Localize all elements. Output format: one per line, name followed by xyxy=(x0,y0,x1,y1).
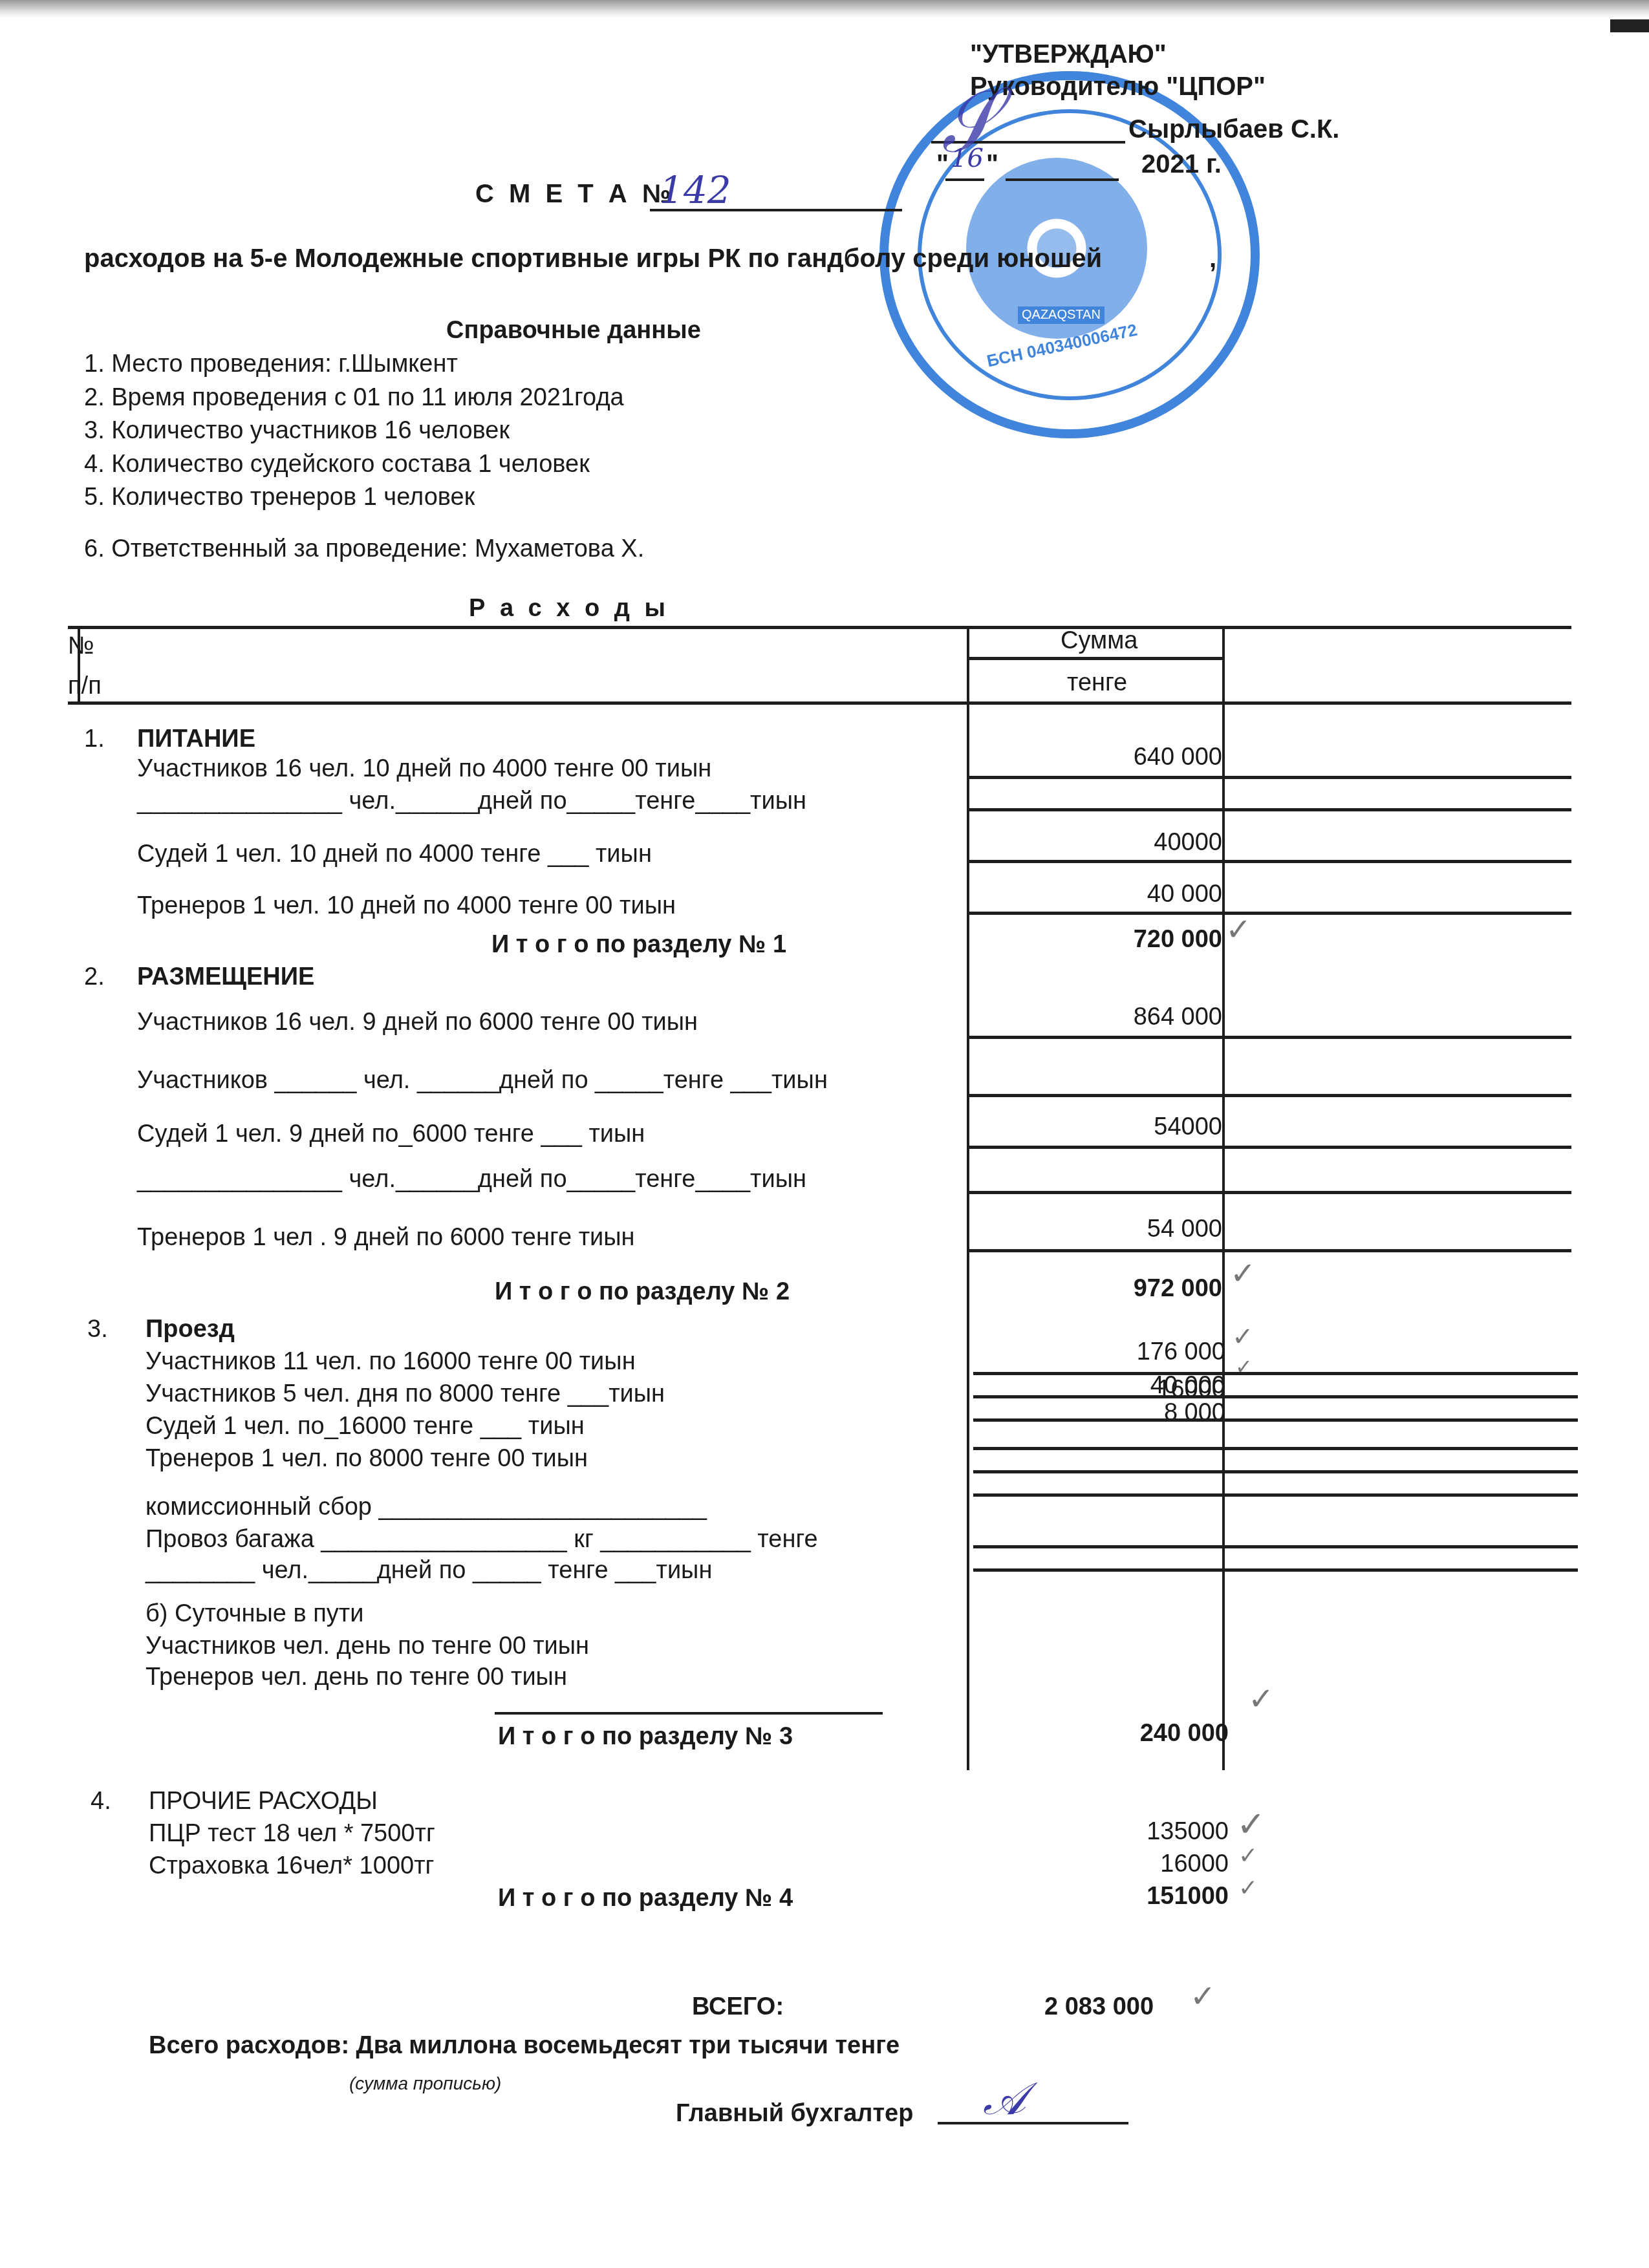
col-no-top: № xyxy=(68,632,94,660)
section-total-label: И т о г о по разделу № 1 xyxy=(491,931,786,959)
expense-row: Судей 1 чел. 10 дней по 4000 тенге ___ т… xyxy=(137,840,652,868)
expense-amount: 40 000 xyxy=(976,881,1222,908)
date-day-line xyxy=(945,178,984,181)
expense-row: б) Суточные в пути xyxy=(145,1600,363,1628)
expense-row: Участников ______ чел. ______дней по ___… xyxy=(137,1067,828,1095)
col-no-bottom: п/п xyxy=(68,672,102,700)
expenses-heading: Р а с х о д ы xyxy=(469,595,669,623)
row-border xyxy=(973,1418,1578,1422)
expense-row: Судей 1 чел. 9 дней по_6000 тенге ___ ти… xyxy=(137,1120,645,1148)
accountant-signature: 𝒜 xyxy=(983,2072,1026,2126)
row-border xyxy=(973,1395,1578,1398)
section-total-label: И т о г о по разделу № 2 xyxy=(495,1278,790,1306)
expense-amount: 864 000 xyxy=(976,1003,1222,1031)
expense-row: Тренеров 1 чел . 9 дней по 6000 тенге ти… xyxy=(137,1224,635,1252)
expense-row: Провоз багажа __________________ кг ____… xyxy=(145,1526,818,1554)
expense-amount: 54000 xyxy=(976,1113,1222,1141)
row-border xyxy=(973,1372,1578,1375)
scan-edge xyxy=(0,0,1649,18)
approval-year: 2021 г. xyxy=(1141,150,1222,179)
scan-edge-mark xyxy=(1610,19,1649,32)
row-border xyxy=(967,1094,1571,1097)
row-border xyxy=(973,1545,1578,1548)
expense-amount: 135000 xyxy=(983,1818,1229,1846)
row-border xyxy=(973,1568,1578,1572)
row-border xyxy=(967,860,1571,863)
expense-row: Тренеров 1 чел. по 8000 тенге 00 тиын xyxy=(145,1445,588,1473)
expense-row: ПЦР тест 18 чел * 7500тг xyxy=(149,1820,435,1848)
section-title: ПРОЧИЕ РАСХОДЫ xyxy=(149,1788,378,1815)
section-title: ПИТАНИЕ xyxy=(137,725,255,753)
date-month-line xyxy=(1006,178,1119,181)
row-border xyxy=(973,1470,1578,1473)
approval-name: Сырлыбаев С.К. xyxy=(1128,115,1339,144)
expense-row: Страховка 16чел* 1000тг xyxy=(149,1852,434,1880)
section-total: 151000 xyxy=(983,1883,1229,1910)
section-3-total-line xyxy=(495,1712,883,1715)
section-title: РАЗМЕЩЕНИЕ xyxy=(137,963,314,991)
checkmark-icon: ✓ xyxy=(1232,1322,1254,1352)
row-border xyxy=(967,1146,1571,1149)
checkmark-icon: ✓ xyxy=(1190,1978,1216,2015)
checkmark-icon: ✓ xyxy=(1225,912,1251,948)
row-border xyxy=(967,912,1571,915)
reference-heading: Справочные данные xyxy=(446,317,701,345)
expense-row: Участников чел. день по тенге 00 тиын xyxy=(145,1632,589,1660)
checkmark-icon: ✓ xyxy=(1235,1354,1253,1379)
col-divider xyxy=(1222,626,1225,1770)
section-number: 4. xyxy=(91,1788,111,1815)
section-number: 1. xyxy=(84,725,105,753)
section-number: 3. xyxy=(87,1316,108,1343)
reference-item: 5. Количество тренеров 1 человек xyxy=(84,484,475,511)
grand-total-value: 2 083 000 xyxy=(1044,1993,1154,2021)
section-title: Проезд xyxy=(145,1316,235,1343)
expense-row: Участников 16 чел. 9 дней по 6000 тенге … xyxy=(137,1009,698,1036)
section-total-label: И т о г о по разделу № 4 xyxy=(498,1885,793,1912)
expense-row: ________ чел._____дней по _____ тенге __… xyxy=(145,1557,712,1585)
checkmark-icon: ✓ xyxy=(1238,1875,1258,1901)
section-total-label: И т о г о по разделу № 3 xyxy=(498,1723,793,1751)
row-border xyxy=(967,1191,1571,1194)
section-total: 240 000 xyxy=(983,1720,1229,1748)
sum-header-divider xyxy=(967,657,1222,660)
approval-position: Руководителю "ЦПОР" xyxy=(970,72,1266,102)
expense-row: Участников 5 чел. дня по 8000 тенге ___т… xyxy=(145,1380,665,1408)
col-sum-top: Сумма xyxy=(1061,627,1137,655)
expense-amount: 16000 xyxy=(983,1850,1229,1878)
accountant-label: Главный бухгалтер xyxy=(676,2100,913,2128)
reference-item: 6. Ответственный за проведение: Мухамето… xyxy=(84,535,644,563)
grand-total-label: ВСЕГО: xyxy=(692,1993,784,2021)
expense-row: Участников 16 чел. 10 дней по 4000 тенге… xyxy=(137,755,711,783)
row-border xyxy=(973,1447,1578,1450)
checkmark-icon: ✓ xyxy=(1236,1804,1266,1845)
col-sum-bottom: тенге xyxy=(1067,669,1127,697)
expense-row: Судей 1 чел. по_16000 тенге ___ тиын xyxy=(145,1413,585,1440)
approval-title: "УТВЕРЖДАЮ" xyxy=(970,40,1167,69)
expense-amount: 8 000 xyxy=(980,1399,1225,1427)
table-header-bottom-border xyxy=(68,701,1571,705)
estimate-number-line xyxy=(650,209,902,211)
row-border xyxy=(967,1249,1571,1252)
row-border xyxy=(967,808,1571,811)
section-number: 2. xyxy=(84,963,105,991)
expense-row: _______________ чел.______дней по_____те… xyxy=(137,787,806,815)
checkmark-icon: ✓ xyxy=(1248,1681,1274,1717)
section-total: 972 000 xyxy=(976,1275,1222,1303)
accountant-signature-line xyxy=(938,2122,1128,2124)
section-total: 720 000 xyxy=(976,926,1222,954)
expense-amount: 176 000 xyxy=(980,1338,1225,1366)
estimate-title: С М Е Т А № xyxy=(475,180,674,209)
grand-total-words: Всего расходов: Два миллона восемьдесят … xyxy=(149,2032,900,2060)
reference-item: 4. Количество судейского состава 1 челов… xyxy=(84,451,590,478)
grand-total-words-caption: (сумма прописью) xyxy=(349,2073,501,2094)
expense-row: Участников 11 чел. по 16000 тенге 00 тиы… xyxy=(145,1348,636,1376)
expense-amount: 40000 xyxy=(976,829,1222,857)
estimate-number: 142 xyxy=(660,168,731,212)
reference-item: 3. Количество участников 16 человек xyxy=(84,417,510,445)
reference-item: 1. Место проведения: г.Шымкент xyxy=(84,350,458,378)
estimate-subtitle: расходов на 5-е Молодежные спортивные иг… xyxy=(84,244,1102,273)
expense-amount: 54 000 xyxy=(976,1215,1222,1243)
expense-row: комиссионный сбор ______________________… xyxy=(145,1493,707,1521)
col-divider xyxy=(967,626,969,1770)
stamp-country: QAZAQSTAN xyxy=(1018,306,1105,324)
row-border xyxy=(973,1493,1578,1497)
expense-row: _______________ чел.______дней по_____те… xyxy=(137,1166,806,1193)
checkmark-icon: ✓ xyxy=(1230,1256,1256,1292)
expense-row: Тренеров 1 чел. 10 дней по 4000 тенге 00… xyxy=(137,892,676,920)
checkmark-icon: ✓ xyxy=(1238,1843,1258,1869)
table-top-border xyxy=(68,626,1571,629)
subtitle-comma: , xyxy=(1209,244,1216,273)
expense-row: Тренеров чел. день по тенге 00 тиын xyxy=(145,1664,567,1691)
reference-item: 2. Время проведения с 01 по 11 июля 2021… xyxy=(84,384,624,412)
expense-amount: 640 000 xyxy=(976,744,1222,771)
row-border xyxy=(967,776,1571,779)
row-border xyxy=(967,1036,1571,1039)
